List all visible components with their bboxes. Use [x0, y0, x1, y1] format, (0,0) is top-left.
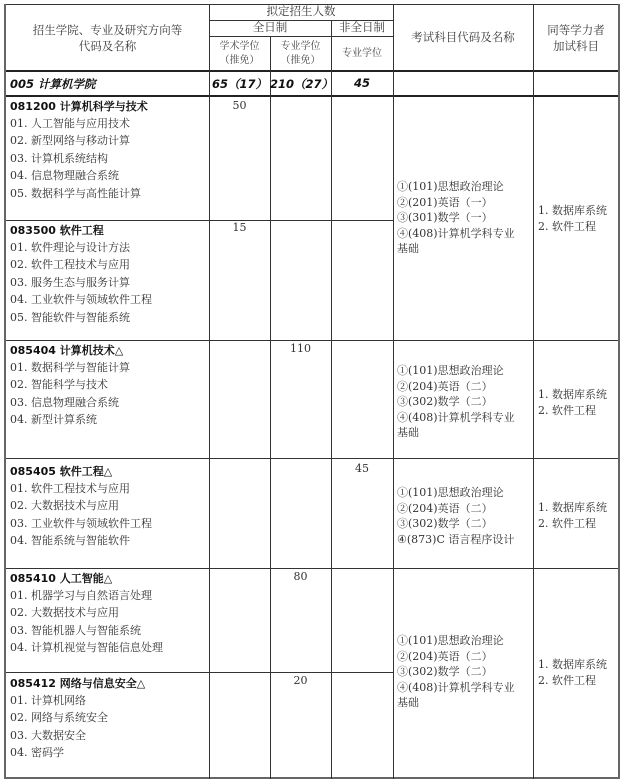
direction-item: 03. 智能机器人与智能系统	[10, 622, 208, 639]
exam-subject-item: ①(101)思想政治理论	[397, 179, 533, 195]
additional-subject-item: 1. 数据库系统	[538, 657, 618, 673]
major-title: 085412 网络与信息安全△	[10, 675, 208, 692]
direction-item: 01. 数据科学与智能计算	[10, 359, 208, 376]
major-row-085410: 085410 人工智能△ 01. 机器学习与自然语言处理 02. 大数据技术与应…	[10, 570, 208, 657]
header-academic-line1: 学术学位	[209, 40, 270, 54]
direction-item: 03. 服务生态与服务计算	[10, 274, 208, 291]
exam-subject-item: ①(101)思想政治理论	[397, 485, 533, 501]
direction-item: 03. 信息物理融合系统	[10, 394, 208, 411]
quota-academic: 50	[209, 99, 270, 112]
direction-item: 03. 计算机系统结构	[10, 150, 208, 167]
direction-item: 04. 智能系统与智能软件	[10, 532, 208, 549]
major-row-085404: 085404 计算机技术△ 01. 数据科学与智能计算 02. 智能科学与技术 …	[10, 342, 208, 429]
additional-subjects-group-3: 1. 数据库系统 2. 软件工程	[538, 500, 618, 532]
major-row-081200: 081200 计算机科学与技术 01. 人工智能与应用技术 02. 新型网络与移…	[10, 98, 208, 202]
college-professional-pt-total: 45	[331, 76, 393, 90]
header-prof-ft-line2: （推免）	[270, 54, 331, 68]
direction-item: 05. 智能软件与智能系统	[10, 309, 208, 326]
additional-subject-item: 2. 软件工程	[538, 673, 618, 689]
header-professional-degree-pt: 专业学位	[331, 47, 393, 61]
additional-subjects-group-2: 1. 数据库系统 2. 软件工程	[538, 387, 618, 419]
header-professional-degree-ft: 专业学位 （推免）	[270, 40, 331, 68]
direction-item: 01. 软件工程技术与应用	[10, 480, 208, 497]
exam-subject-item: ③(302)数学（二）	[397, 394, 533, 410]
header-major-line2: 代码及名称	[6, 38, 209, 54]
major-row-083500: 083500 软件工程 01. 软件理论与设计方法 02. 软件工程技术与应用 …	[10, 222, 208, 326]
direction-item: 02. 新型网络与移动计算	[10, 132, 208, 149]
major-title: 083500 软件工程	[10, 222, 208, 239]
header-addl-line2: 加试科目	[533, 38, 619, 54]
exam-subject-item: ②(201)英语（一）	[397, 195, 533, 211]
quota-professional-ft: 20	[270, 674, 331, 687]
exam-subject-item: 基础	[397, 695, 533, 711]
major-row-085412: 085412 网络与信息安全△ 01. 计算机网络 02. 网络与系统安全 03…	[10, 675, 208, 762]
major-title: 085404 计算机技术△	[10, 342, 208, 359]
quota-professional-ft: 110	[270, 342, 331, 355]
exam-subject-item: ④(408)计算机学科专业	[397, 410, 533, 426]
exam-subject-item: ②(204)英语（二）	[397, 501, 533, 517]
direction-item: 04. 新型计算系统	[10, 411, 208, 428]
direction-item: 02. 软件工程技术与应用	[10, 256, 208, 273]
direction-item: 04. 信息物理融合系统	[10, 167, 208, 184]
direction-item: 02. 大数据技术与应用	[10, 497, 208, 514]
direction-item: 03. 工业软件与领域软件工程	[10, 515, 208, 532]
exam-subject-item: ③(302)数学（二）	[397, 664, 533, 680]
additional-subject-item: 1. 数据库系统	[538, 387, 618, 403]
direction-item: 04. 工业软件与领域软件工程	[10, 291, 208, 308]
major-row-085405: 085405 软件工程△ 01. 软件工程技术与应用 02. 大数据技术与应用 …	[10, 463, 208, 550]
direction-item: 04. 计算机视觉与智能信息处理	[10, 639, 208, 656]
direction-item: 01. 机器学习与自然语言处理	[10, 587, 208, 604]
additional-subjects-group-1: 1. 数据库系统 2. 软件工程	[538, 203, 618, 235]
direction-item: 01. 人工智能与应用技术	[10, 115, 208, 132]
quota-professional-pt: 45	[331, 462, 393, 475]
additional-subject-item: 1. 数据库系统	[538, 203, 618, 219]
additional-subject-item: 2. 软件工程	[538, 403, 618, 419]
exam-subject-item: ③(302)数学（二）	[397, 516, 533, 532]
additional-subject-item: 2. 软件工程	[538, 516, 618, 532]
exam-subjects-group-2: ①(101)思想政治理论 ②(204)英语（二） ③(302)数学（二） ④(4…	[397, 363, 533, 441]
direction-item: 02. 大数据技术与应用	[10, 604, 208, 621]
exam-subject-item: ①(101)思想政治理论	[397, 633, 533, 649]
direction-item: 02. 智能科学与技术	[10, 376, 208, 393]
exam-subject-item: ③(301)数学（一）	[397, 210, 533, 226]
quota-academic: 15	[209, 221, 270, 234]
exam-subjects-group-1: ①(101)思想政治理论 ②(201)英语（一） ③(301)数学（一） ④(4…	[397, 179, 533, 257]
exam-subject-item: ①(101)思想政治理论	[397, 363, 533, 379]
header-part-time: 非全日制	[331, 19, 393, 35]
direction-item: 04. 密码学	[10, 744, 208, 761]
direction-item: 05. 数据科学与高性能计算	[10, 185, 208, 202]
header-academic-degree: 学术学位 （推免）	[209, 40, 270, 68]
exam-subjects-group-3: ①(101)思想政治理论 ②(204)英语（二） ③(302)数学（二） ④(8…	[397, 485, 533, 547]
exam-subject-item: ④(873)C 语言程序设计	[397, 532, 533, 548]
major-title: 081200 计算机科学与技术	[10, 98, 208, 115]
header-major-line1: 招生学院、专业及研究方向等	[6, 22, 209, 38]
college-academic-total: 65（17）	[209, 76, 270, 92]
header-equivalent-addl: 同等学力者 加试科目	[533, 22, 619, 54]
additional-subject-item: 2. 软件工程	[538, 219, 618, 235]
additional-subjects-group-4: 1. 数据库系统 2. 软件工程	[538, 657, 618, 689]
college-professional-ft-total: 210（27）	[270, 76, 331, 92]
direction-item: 02. 网络与系统安全	[10, 709, 208, 726]
direction-item: 01. 软件理论与设计方法	[10, 239, 208, 256]
exam-subject-item: ②(204)英语（二）	[397, 649, 533, 665]
header-academic-line2: （推免）	[209, 54, 270, 68]
quota-professional-ft: 80	[270, 570, 331, 583]
major-title: 085410 人工智能△	[10, 570, 208, 587]
header-major-label: 招生学院、专业及研究方向等 代码及名称	[6, 22, 209, 54]
header-planned-quota: 拟定招生人数	[209, 3, 393, 19]
exam-subject-item: 基础	[397, 425, 533, 441]
header-prof-ft-line1: 专业学位	[270, 40, 331, 54]
exam-subject-item: 基础	[397, 241, 533, 257]
additional-subject-item: 1. 数据库系统	[538, 500, 618, 516]
exam-subject-item: ④(408)计算机学科专业	[397, 226, 533, 242]
direction-item: 03. 大数据安全	[10, 727, 208, 744]
exam-subject-item: ②(204)英语（二）	[397, 379, 533, 395]
exam-subjects-group-4: ①(101)思想政治理论 ②(204)英语（二） ③(302)数学（二） ④(4…	[397, 633, 533, 711]
header-addl-line1: 同等学力者	[533, 22, 619, 38]
direction-item: 01. 计算机网络	[10, 692, 208, 709]
college-name: 005 计算机学院	[10, 76, 96, 92]
header-exam-subjects: 考试科目代码及名称	[393, 29, 533, 45]
exam-subject-item: ④(408)计算机学科专业	[397, 680, 533, 696]
header-full-time: 全日制	[209, 19, 331, 35]
major-title: 085405 软件工程△	[10, 463, 208, 480]
